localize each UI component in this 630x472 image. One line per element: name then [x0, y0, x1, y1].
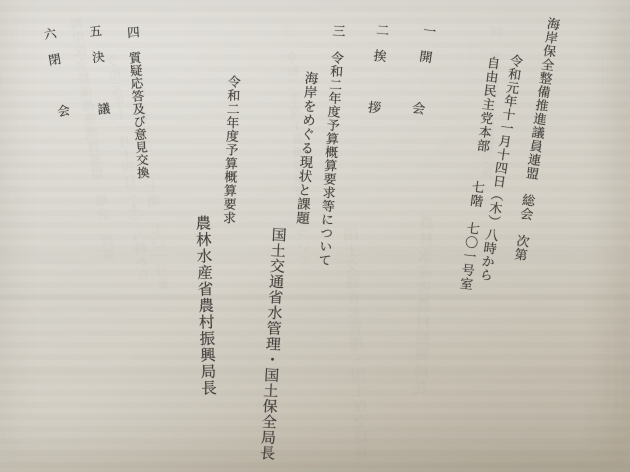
agenda-item-3-speaker-1: 国土交通省水管理・国土保全局長	[255, 226, 289, 461]
agenda-item-3-speaker-2: 農林水産省農村振興局長	[190, 215, 218, 397]
ghost-column: 国土交通省水管理・国土保全局長	[341, 226, 375, 461]
agenda-item-3-budget: 三 令和二年度予算概算要求等について	[311, 23, 348, 267]
agenda-item-3-topic-2: 令和二年度予算概算要求	[216, 75, 243, 225]
agenda-item-6-closing: 六 閉 会	[35, 26, 72, 119]
ghost-column: 農林水産省農村振興局長	[412, 215, 440, 397]
agenda-item-4-qa: 四 質疑応答及び意見交換	[119, 25, 152, 180]
agenda-item-2-greeting: 二 挨 拶	[361, 22, 392, 115]
document-photo: 海岸保全整備推進議員連盟 総会 次第 令和元年十一月十四日（木）八時から 自由民…	[0, 0, 630, 472]
doc-title: 海岸保全整備推進議員連盟 総会 次第	[507, 15, 563, 262]
agenda-item-1-opening: 一 開 会	[404, 22, 438, 115]
agenda-item-5-resolution: 五 決 議	[81, 24, 112, 117]
